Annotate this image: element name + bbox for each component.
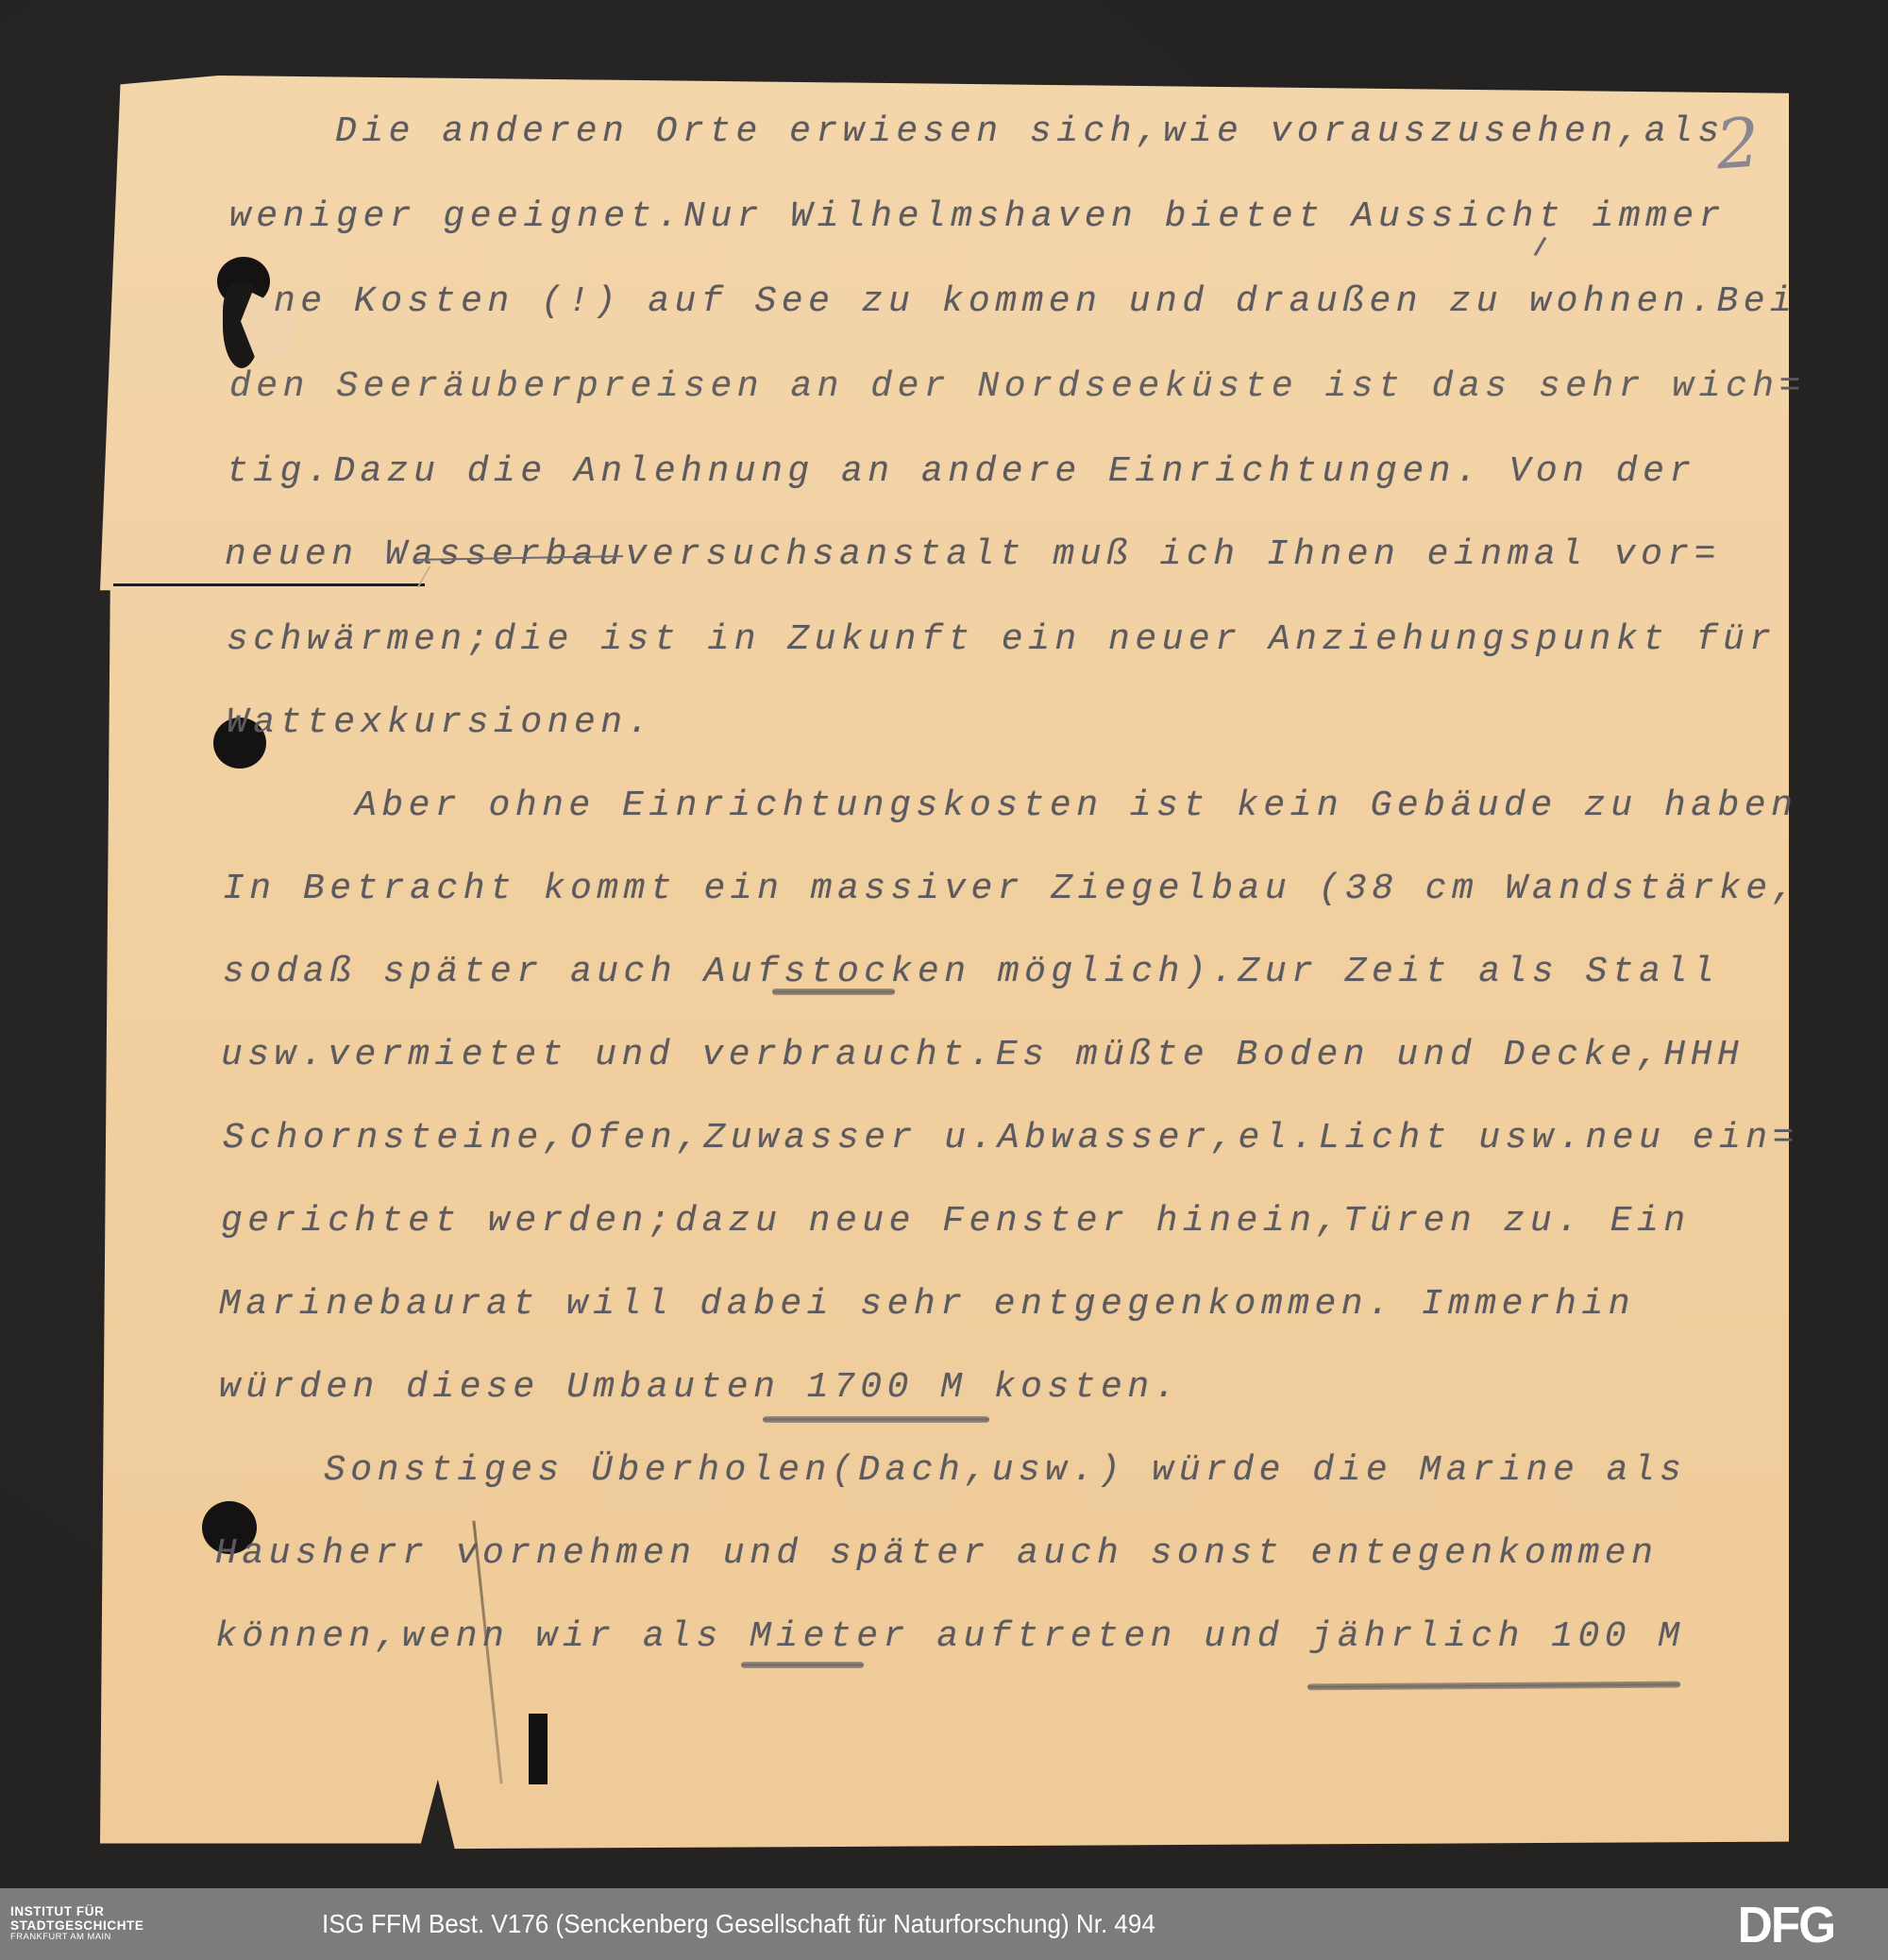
pencil-underline-cost [763,1416,989,1423]
text-line: weniger geeignet.Nur Wilhelmshaven biete… [229,196,1726,237]
text-line: gerichtet werden;dazu neue Fenster hinei… [221,1201,1691,1242]
scan-background: 2 Die anderen Orte erwiesen sich,wie vor… [0,0,1888,1888]
text-line: Hausherr vornehmen und später auch sonst… [215,1533,1658,1574]
pencil-underline-mieter [741,1662,864,1668]
text-line: In Betracht kommt ein massiver Ziegelbau… [223,869,1799,909]
institute-logo: INSTITUT FÜR STADTGESCHICHTE FRANKFURT A… [10,1905,144,1942]
text-line: neuen Wasserbauversuchsanstalt muß ich I… [225,534,1721,575]
text-line: Sonstiges Überholen(Dach,usw.) würde die… [324,1450,1687,1491]
archive-caption: ISG FFM Best. V176 (Senckenberg Gesellsc… [322,1909,1155,1939]
text-line: würden diese Umbauten 1700 M kosten. [219,1367,1181,1408]
text-line: den Seeräuberpreisen an der Nordseeküste… [229,366,1806,407]
pencil-underline-aufstocken [772,988,895,995]
institute-name-line2: STADTGESCHICHTE [10,1919,144,1933]
dfg-logo: DFG [1738,1900,1835,1951]
text-line: Schornsteine,Ofen,Zuwasser u.Abwasser,el… [223,1118,1799,1158]
text-line: Marinebaurat will dabei sehr entgegenkom… [219,1284,1635,1325]
institute-city: FRANKFURT AM MAIN [10,1933,144,1942]
text-line: ne Kosten (!) auf See zu kommen und drau… [274,281,1796,322]
archive-footer: INSTITUT FÜR STADTGESCHICHTE FRANKFURT A… [0,1888,1888,1960]
text-line: tig.Dazu die Anlehnung an andere Einrich… [227,451,1696,492]
text-line: Die anderen Orte erwiesen sich,wie vorau… [335,111,1725,152]
text-line: können,wenn wir als Mieter auftreten und… [215,1616,1685,1657]
text-line: Aber ohne Einrichtungskosten ist kein Ge… [355,786,1797,826]
typewritten-text: Die anderen Orte erwiesen sich,wie vorau… [0,0,1888,853]
text-line: sodaß später auch Aufstocken möglich).Zu… [223,952,1719,992]
text-line: schwärmen;die ist in Zukunft ein neuer A… [227,619,1777,660]
institute-name-line1: INSTITUT FÜR [10,1905,144,1918]
text-line: Wattexkursionen. [227,702,654,743]
text-line: usw.vermietet und verbraucht.Es müßte Bo… [221,1035,1744,1075]
paper-notch [529,1714,548,1784]
